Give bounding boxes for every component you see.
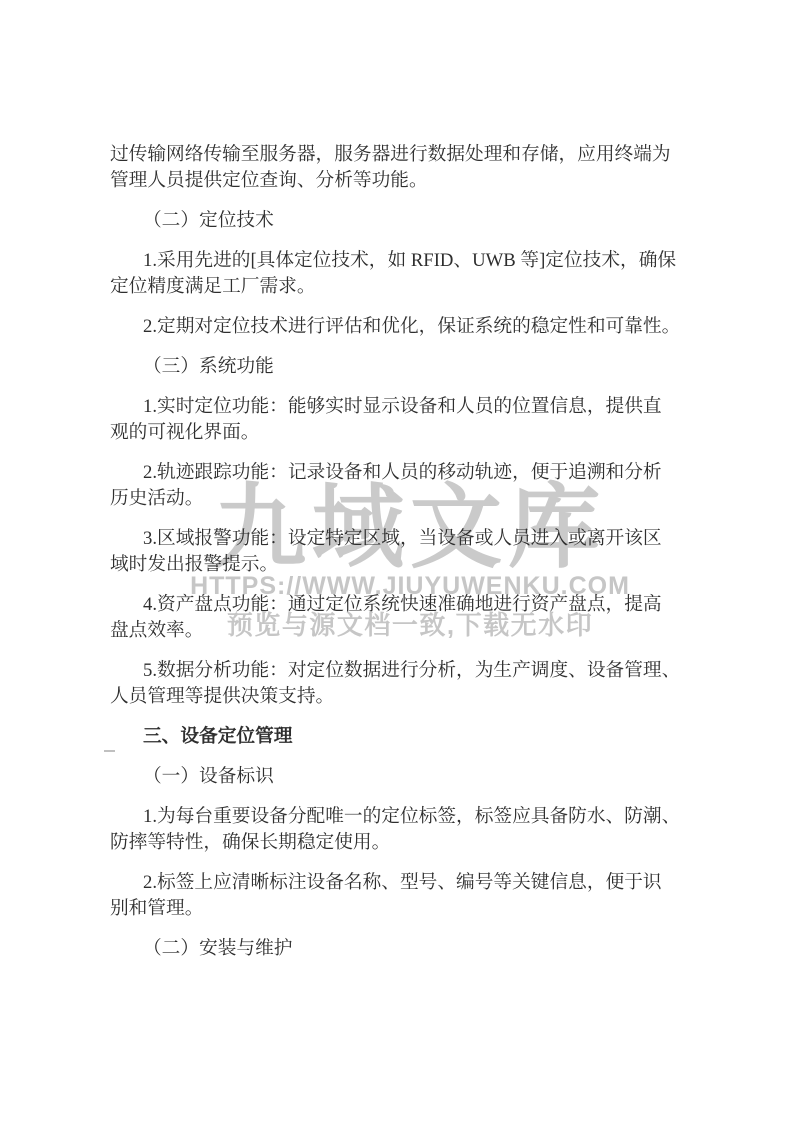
paragraph: 2.标签上应清晰标注设备名称、型号、编号等关键信息，便于识 别和管理。 — [110, 870, 696, 922]
paragraph: 5.数据分析功能：对定位数据进行分析，为生产调度、设备管理、 人员管理等提供决策… — [110, 658, 696, 710]
paragraph: 2.定期对定位技术进行评估和优化，保证系统的稳定性和可靠性。 — [110, 314, 696, 340]
document-body: 过传输网络传输至服务器，服务器进行数据处理和存储，应用终端为 管理人员提供定位查… — [110, 142, 696, 976]
paragraph: 1.实时定位功能：能够实时显示设备和人员的位置信息，提供直 观的可视化界面。 — [110, 394, 696, 446]
paragraph: 4.资产盘点功能：通过定位系统快速准确地进行资产盘点，提高 盘点效率。 — [110, 592, 696, 644]
paragraph: （二）安装与维护 — [110, 936, 696, 962]
section-heading: 三、设备定位管理 — [110, 724, 696, 750]
paragraph: （三）系统功能 — [110, 354, 696, 380]
paragraph: 3.区域报警功能：设定特定区域，当设备或人员进入或离开该区 域时发出报警提示。 — [110, 526, 696, 578]
paragraph: 2.轨迹跟踪功能：记录设备和人员的移动轨迹，便于追溯和分析 历史活动。 — [110, 460, 696, 512]
paragraph: 1.为每台重要设备分配唯一的定位标签，标签应具备防水、防潮、 防摔等特性，确保长… — [110, 804, 696, 856]
paragraph: 1.采用先进的[具体定位技术，如 RFID、UWB 等]定位技术，确保 定位精度… — [110, 248, 696, 300]
paragraph: 过传输网络传输至服务器，服务器进行数据处理和存储，应用终端为 管理人员提供定位查… — [110, 142, 696, 194]
document-page: 九域文库 HTTPS://WWW.JIUYUWENKU.COM 预览与源文档一致… — [0, 0, 793, 1122]
paragraph: （二）定位技术 — [110, 208, 696, 234]
paragraph: （一）设备标识 — [110, 764, 696, 790]
